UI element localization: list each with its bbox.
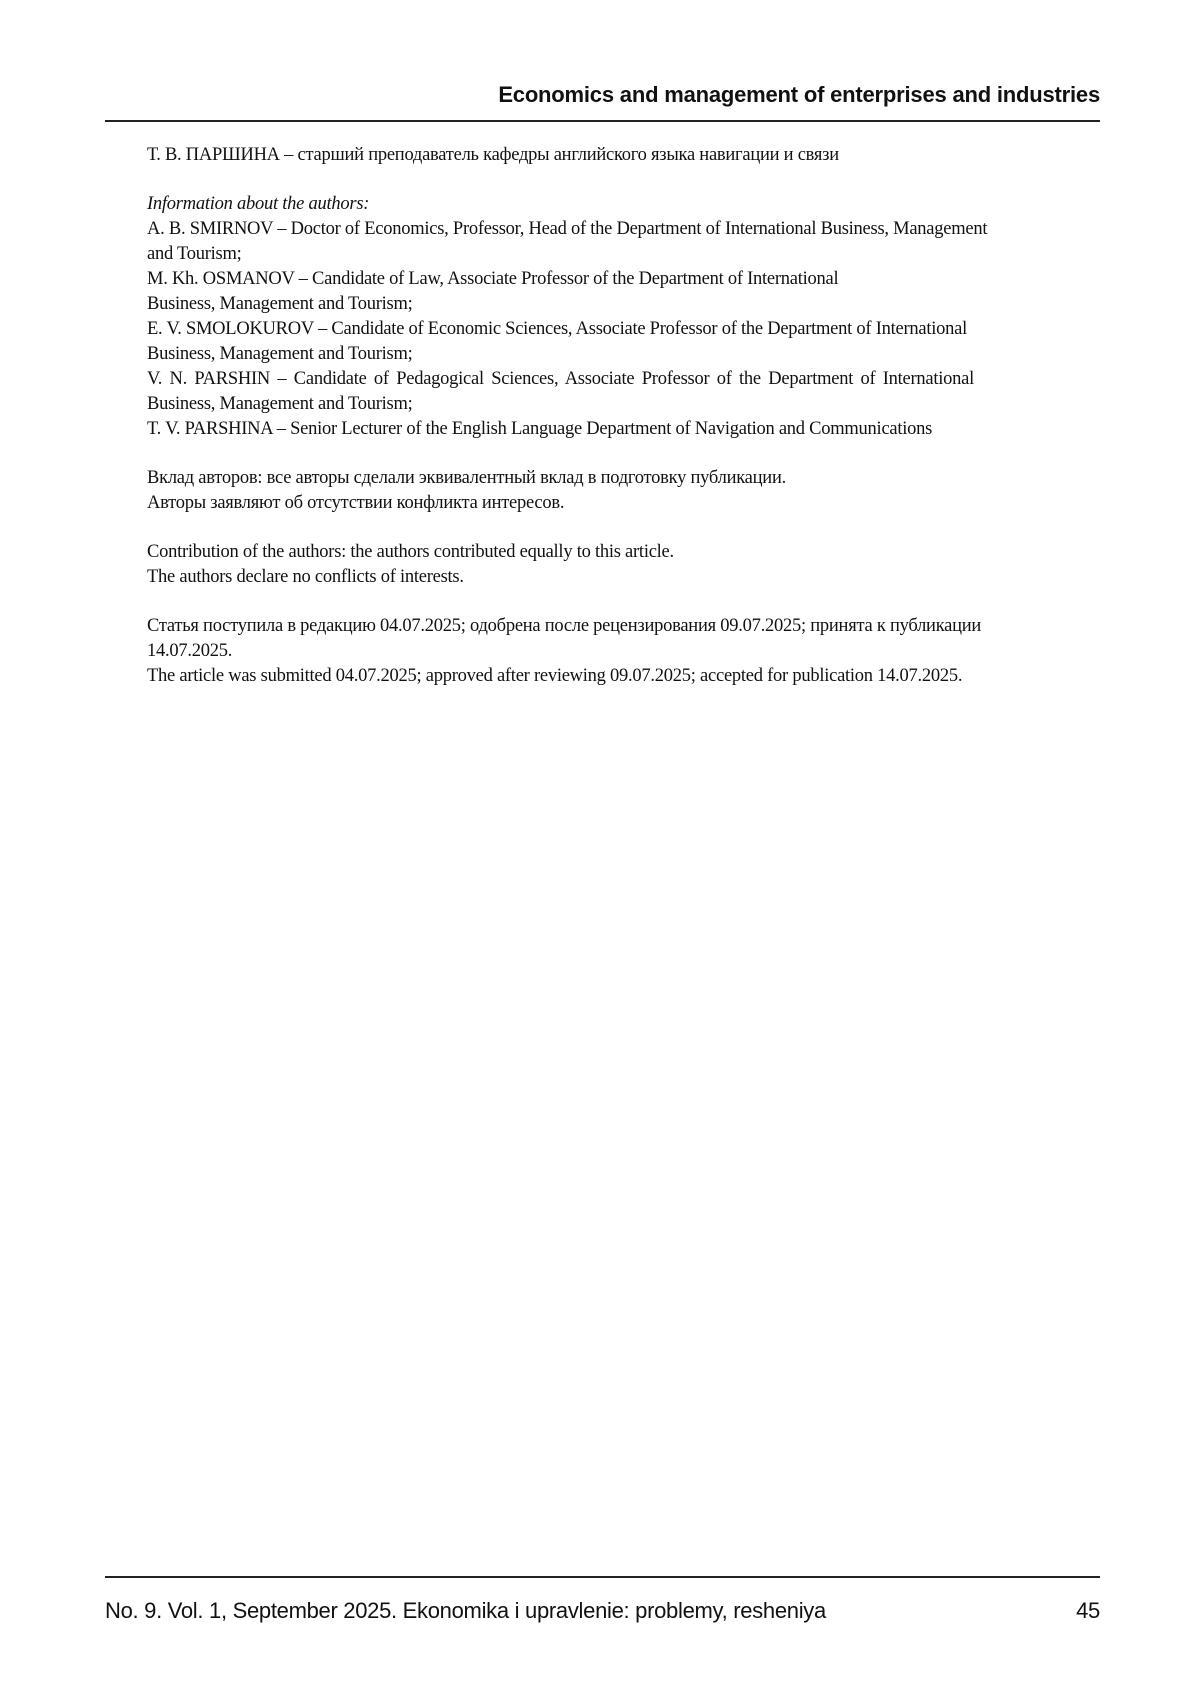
journal-citation: No. 9. Vol. 1, September 2025. Ekonomika… — [105, 1598, 826, 1624]
spacer — [147, 516, 1100, 540]
running-header-section-title: Economics and management of enterprises … — [105, 82, 1100, 108]
author-entry: A. B. SMIRNOV – Doctor of Economics, Pro… — [147, 217, 1100, 267]
author-entry: M. Kh. OSMANOV – Candidate of Law, Assoc… — [147, 267, 1100, 317]
footer-divider — [105, 1576, 1100, 1578]
article-dates-ru-continued: 14.07.2025. — [147, 639, 1100, 664]
author-entry: V. N. PARSHIN – Candidate of Pedagogical… — [147, 367, 1100, 417]
spacer — [147, 590, 1100, 614]
author-entry-line: A. B. SMIRNOV – Doctor of Economics, Pro… — [147, 217, 1100, 242]
conflict-statement-en: The authors declare no conflicts of inte… — [147, 565, 1100, 590]
article-dates-ru: Статья поступила в редакцию 04.07.2025; … — [147, 614, 1100, 639]
author-entry: E. V. SMOLOKUROV – Candidate of Economic… — [147, 317, 1100, 367]
contribution-statement-en: Contribution of the authors: the authors… — [147, 540, 1100, 565]
authors-info-heading: Information about the authors: — [147, 192, 1100, 217]
author-entry-line: Business, Management and Tourism; — [147, 292, 1100, 317]
spacer — [147, 442, 1100, 466]
author-entry-line: Business, Management and Tourism; — [147, 392, 1100, 417]
author-entry-line: T. V. PARSHINA – Senior Lecturer of the … — [147, 417, 1100, 442]
page-content: Т. В. ПАРШИНА – старший преподаватель ка… — [147, 143, 1100, 689]
page-number: 45 — [1076, 1598, 1100, 1624]
author-entry-line: V. N. PARSHIN – Candidate of Pedagogical… — [147, 367, 1100, 392]
article-dates-en: The article was submitted 04.07.2025; ap… — [147, 664, 1100, 689]
author-entry: T. V. PARSHINA – Senior Lecturer of the … — [147, 417, 1100, 442]
author-entry-line: Business, Management and Tourism; — [147, 342, 1100, 367]
author-entry-line: M. Kh. OSMANOV – Candidate of Law, Assoc… — [147, 267, 1100, 292]
conflict-statement-ru: Авторы заявляют об отсутствии конфликта … — [147, 491, 1100, 516]
author-entry-line: and Tourism; — [147, 242, 1100, 267]
running-footer: No. 9. Vol. 1, September 2025. Ekonomika… — [105, 1598, 1100, 1624]
header-divider — [105, 120, 1100, 122]
russian-author-entry: Т. В. ПАРШИНА – старший преподаватель ка… — [147, 143, 1100, 168]
contribution-statement-ru: Вклад авторов: все авторы сделали эквива… — [147, 466, 1100, 491]
spacer — [147, 168, 1100, 192]
author-entry-line: E. V. SMOLOKUROV – Candidate of Economic… — [147, 317, 1100, 342]
